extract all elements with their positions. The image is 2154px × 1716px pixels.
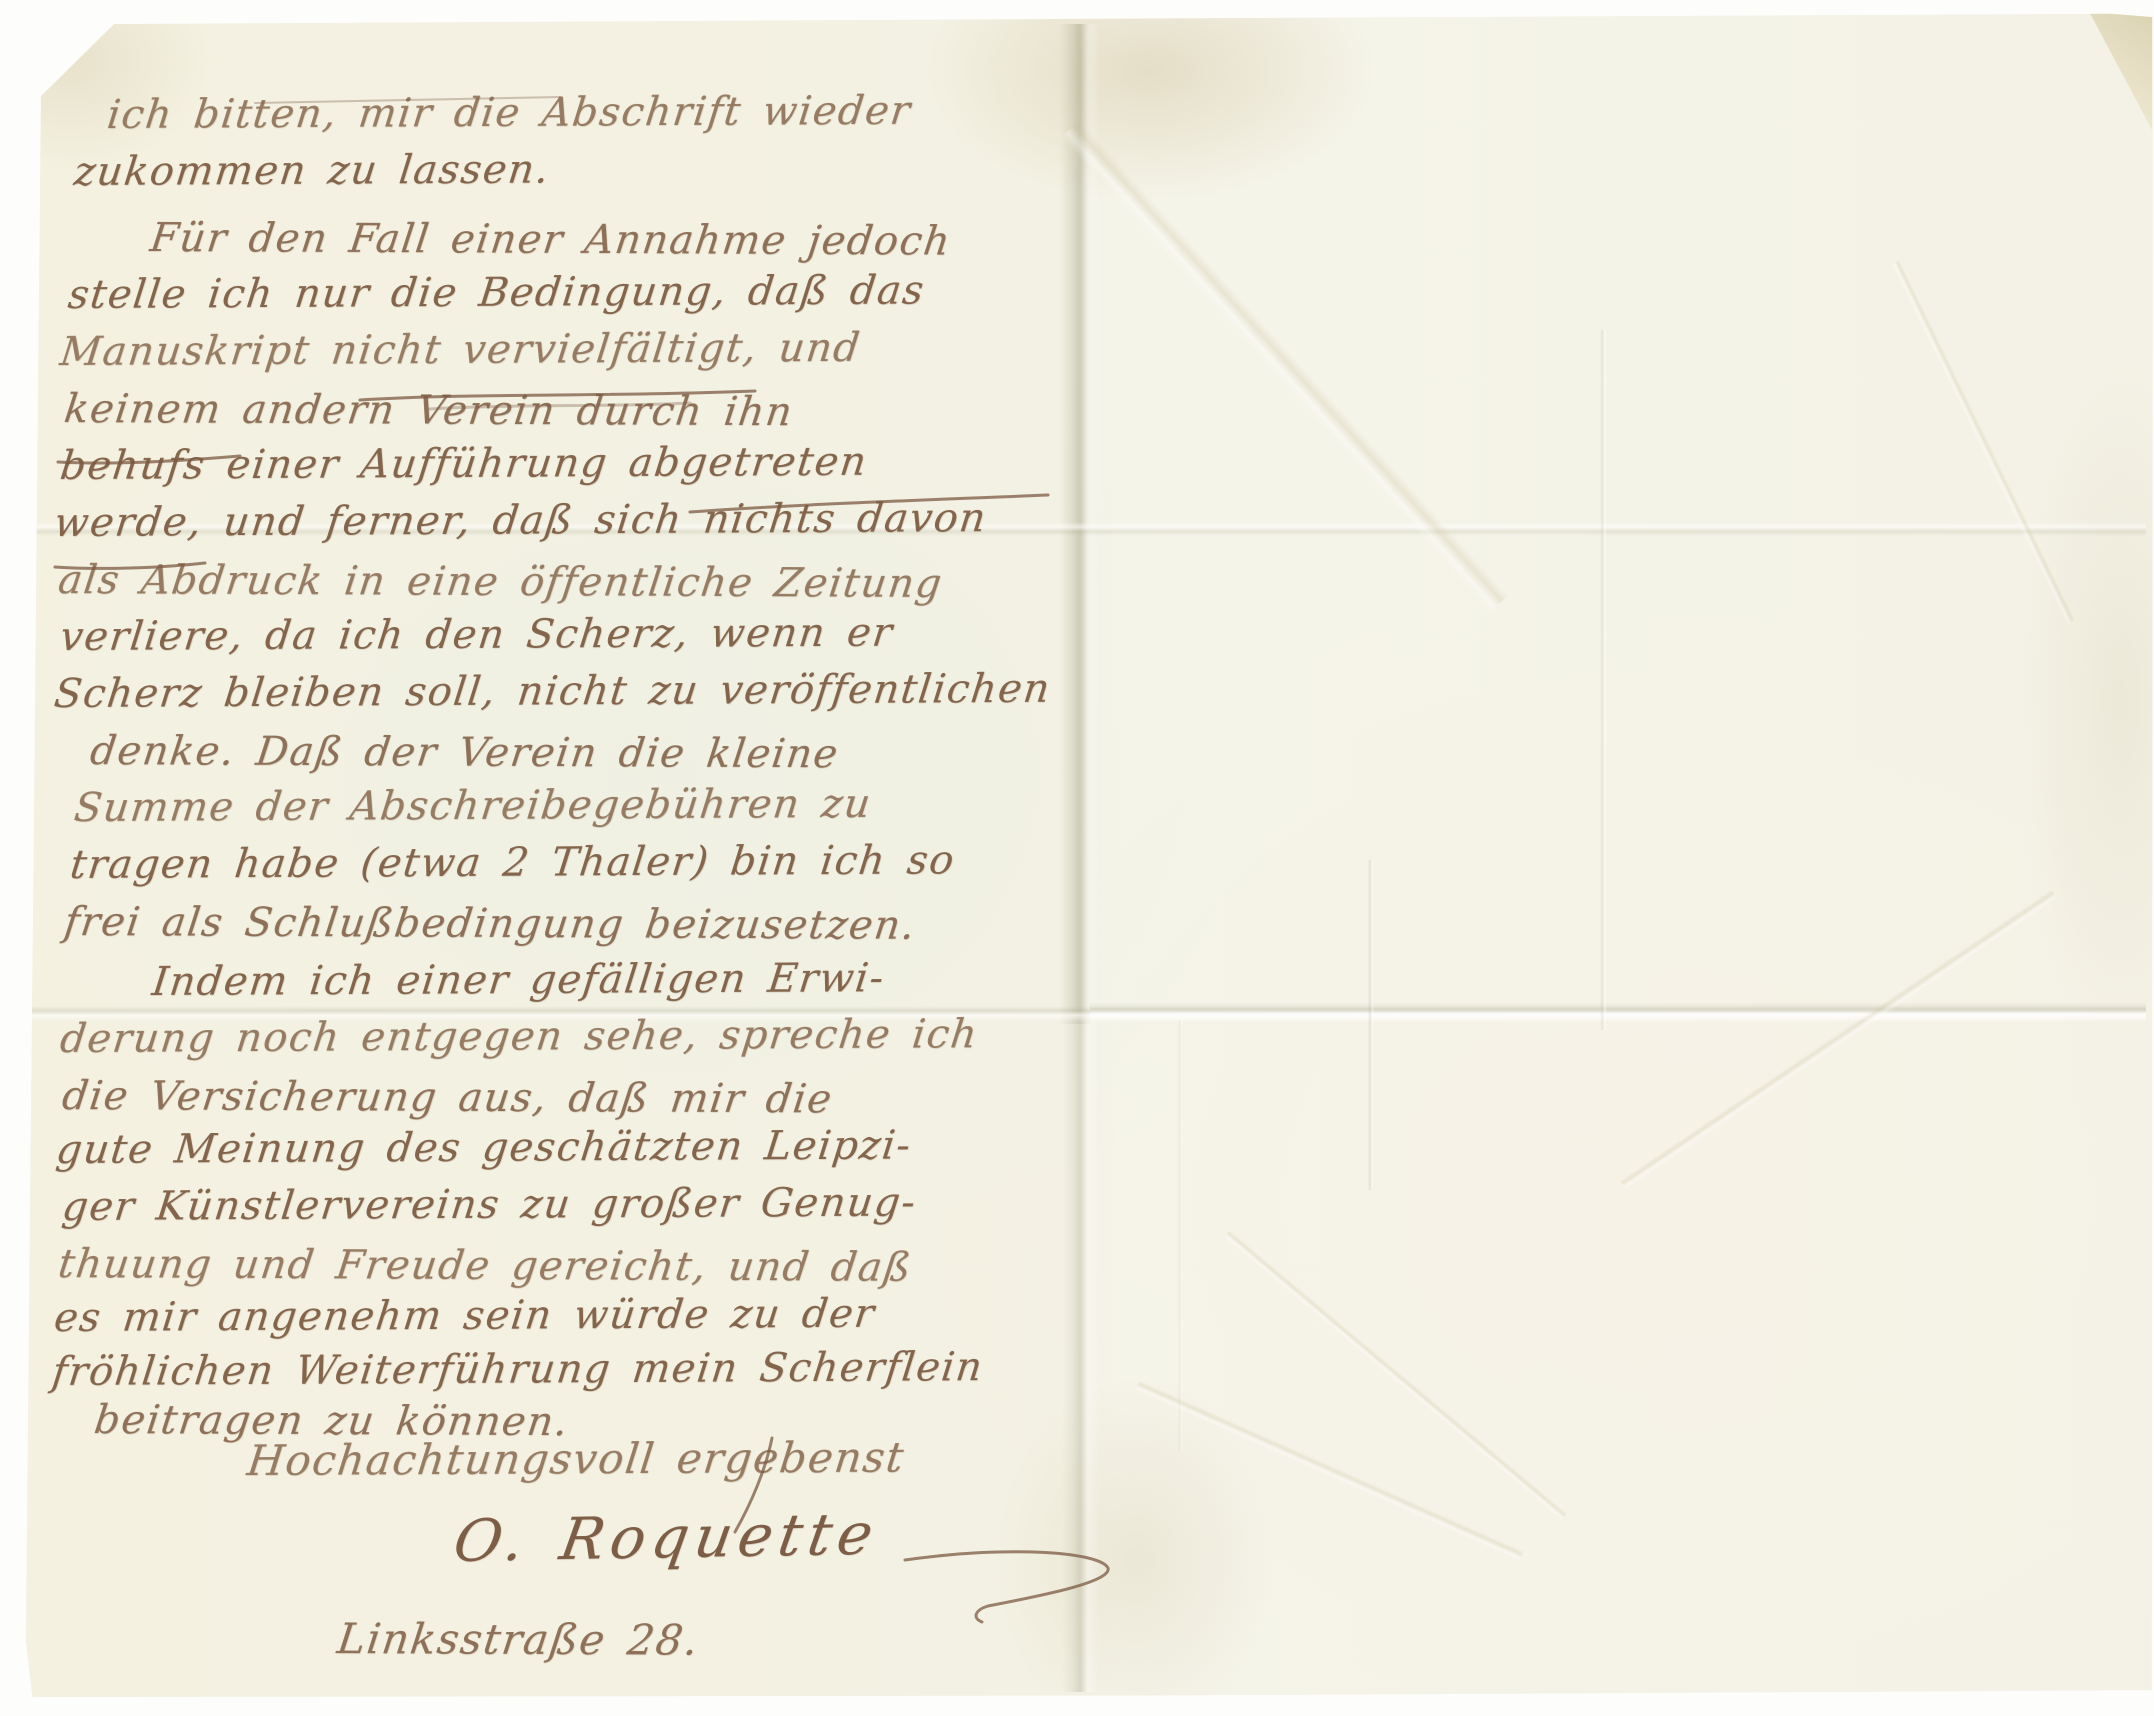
handwritten-line: Für den Fall einer Annahme jedoch	[148, 218, 953, 261]
letter-paper: ich bitten, mir die Abschrift wieder zuk…	[0, 0, 2154, 1716]
folded-corner-top-right	[2080, 8, 2152, 130]
clipped-corner-top-left	[30, 15, 121, 95]
handwritten-line: derung noch entgegen sehe, spreche ich	[58, 1014, 980, 1059]
handwritten-line: Scherz bleiben soll, nicht zu veröffentl…	[52, 669, 1053, 714]
letter-scan: ich bitten, mir die Abschrift wieder zuk…	[0, 0, 2154, 1716]
handwritten-line: Manuskript nicht vervielfältigt, und	[58, 328, 863, 372]
paper-crease	[1600, 330, 1607, 1030]
paper-wrinkle	[1224, 1230, 1567, 1520]
handwritten-line: als Abdruck in eine öffentliche Zeitung	[56, 560, 945, 604]
handwritten-line: zukommen zu lassen.	[72, 150, 552, 192]
paper-crease	[1368, 860, 1374, 1190]
handwritten-line: ger Künstlervereins zu großer Genug-	[60, 1183, 919, 1227]
paper-crease	[1178, 1020, 1183, 1450]
fold-crease-horizontal-2-right	[1090, 1002, 2146, 1022]
handwritten-line: tragen habe (etwa 2 Thaler) bin ich so	[68, 840, 957, 885]
paper-wrinkle	[1891, 260, 2075, 624]
handwritten-line: die Versicherung aus, daß mir die	[60, 1076, 835, 1119]
handwritten-line: gute Meinung des geschätzten Leipzi-	[54, 1126, 914, 1170]
handwritten-line: thuung und Freude gereicht, und daß	[56, 1244, 914, 1288]
paper-wrinkle	[1135, 1380, 1524, 1562]
signature: O. Roquette	[450, 1505, 883, 1570]
closing-line: Hochachtungsvoll ergebenst	[245, 1437, 907, 1482]
handwritten-line: ich bitten, mir die Abschrift wieder	[105, 91, 913, 135]
handwritten-line: frei als Schlußbedingung beizusetzen.	[62, 902, 918, 946]
handwritten-line: werde, und ferner, daß sich nichts davon	[52, 498, 989, 543]
address-line: Linksstraße 28.	[335, 1618, 702, 1662]
handwritten-line: es mir angenehm sein würde zu der	[52, 1294, 877, 1338]
handwritten-line: fröhlichen Weiterführung mein Scherflein	[50, 1347, 985, 1392]
handwritten-line: denke. Daß der Verein die kleine	[88, 731, 841, 774]
handwritten-line: Summe der Abschreibegebühren zu	[72, 784, 874, 828]
handwritten-line: verliere, da ich den Scherz, wenn er	[58, 613, 896, 657]
handwritten-line: stelle ich nur die Bedingung, daß das	[66, 271, 927, 315]
handwritten-line: behufs einer Aufführung abgetreten	[58, 442, 870, 486]
paper-wrinkle	[1620, 889, 2058, 1190]
paper-wrinkle	[1061, 120, 1509, 613]
handwritten-line: Indem ich einer gefälligen Erwi-	[150, 958, 887, 1002]
handwritten-line: keinem andern Verein durch ihn	[62, 389, 796, 432]
